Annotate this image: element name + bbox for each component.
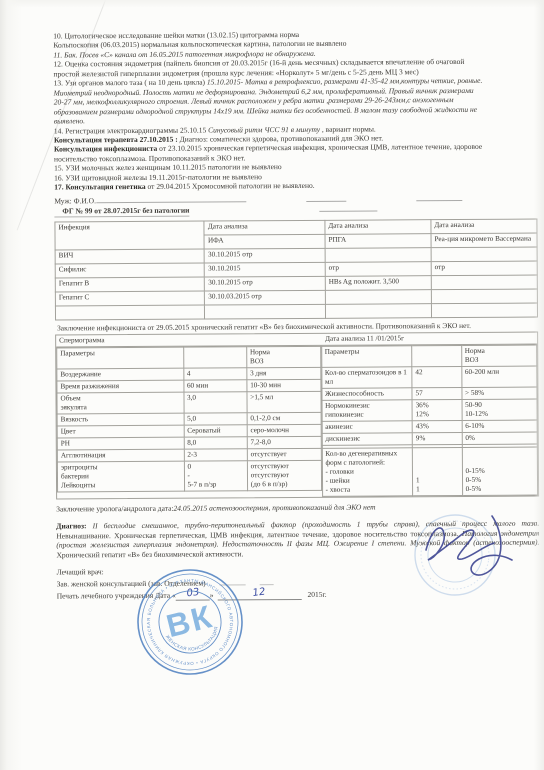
infection-ifa-result: 30.10.03.2015 отр — [205, 290, 326, 305]
finding-text: 14. Регистрация электрокардиограммы 25.1… — [54, 125, 208, 135]
blank-underline — [416, 193, 462, 201]
sperm-value: 8,0 — [184, 437, 247, 449]
sperm-param: Цвет — [57, 425, 184, 438]
infection-name — [55, 305, 204, 320]
param-header: Параметры — [321, 346, 412, 368]
date-col-header: Дата анализа — [204, 220, 325, 235]
infection-ifa-result — [205, 304, 326, 319]
blank-underline — [306, 193, 346, 201]
infection-ifa-result: 30.10.2015 отр — [205, 248, 326, 263]
sperm-param: дискинезис — [322, 433, 413, 446]
sperm-norm: 60-200 млн — [461, 366, 537, 387]
infection-rpga-result — [325, 290, 431, 305]
infection-name: Сифилис — [55, 263, 204, 278]
spermogram-section: Спермограмма Дата анализа 11 /01/2015г П… — [55, 332, 539, 500]
infection-ifa-result: 30.10.2015 отр — [205, 276, 326, 291]
blank-underline — [96, 194, 246, 203]
spermogram-right-table: Параметры Норма ВОЗ Кол-во сперматозоидо… — [321, 345, 538, 497]
sperm-param: Нормокинезис гипокинезис — [322, 400, 413, 422]
method-header: Реа-ция микромето Вассермана — [431, 233, 537, 248]
finding-text-italic: выявлено. — [54, 116, 85, 125]
infection-col-header: Инфекция — [55, 221, 205, 250]
finding-text: от 23.10.2015 хроническая герпетическая … — [157, 142, 482, 153]
sperm-value: 57 — [412, 388, 462, 400]
spermogram-columns: Параметры Норма ВОЗ Воздержание 4 3 дня — [56, 345, 538, 499]
sperm-norm: 10-30 мин — [247, 380, 321, 392]
infection-wasserman-result: отр — [431, 261, 537, 276]
urology-detail: 24.05.2015 астенозооспермия, противопока… — [173, 503, 375, 513]
sperm-value: 0 - 5-7 в п/зр — [184, 461, 247, 491]
infection-wasserman-result — [431, 303, 537, 318]
date-col-header: Дата анализа — [325, 220, 431, 235]
sperm-param: Воздержание — [57, 368, 184, 381]
sperm-value: Сероватый — [184, 425, 247, 437]
spermogram-left-table: Параметры Норма ВОЗ Воздержание 4 3 дня — [56, 346, 321, 493]
sperm-norm: отсутствуют отсутствуют (до 6 в п/зр) — [247, 461, 321, 491]
finding-text-bold: Консультация инфекциониста — [54, 144, 157, 154]
infection-row — [55, 303, 537, 320]
finding-text: от 29.04.2015 Хромосомной патологии не в… — [146, 181, 315, 191]
sperm-norm: 0-15% 0-5% 0-5% — [462, 447, 538, 495]
infection-name: ВИЧ — [55, 249, 204, 264]
sperm-value: 42 — [412, 367, 462, 388]
husband-fg-line: ФГ № 99 от 28.07.2015г без патологии — [54, 203, 537, 218]
sperm-param: Время разжижения — [57, 380, 184, 393]
stamp-center-monogram: ВК — [163, 598, 217, 644]
infectionist-conclusion: Заключение инфекциониста от 29.05.2015 х… — [57, 320, 538, 332]
infection-ifa-result: 30.10.2015 — [205, 262, 326, 277]
sperm-left-body: Воздержание 4 3 дня Время разжижения 60 … — [57, 368, 321, 493]
sperm-norm: 3 дня — [247, 368, 321, 380]
sperm-norm: > 58% — [462, 387, 537, 399]
norm-header: Норма ВОЗ — [461, 345, 537, 366]
infection-name: Гепатит В — [55, 277, 204, 292]
sperm-value: 1 1 — [412, 448, 462, 496]
sperm-param: Кол-во сперматозоидов в 1 мл — [321, 367, 412, 389]
sperm-norm: 50-90 10-12% — [462, 399, 538, 420]
finding-line: 17. Консультация генетика от 29.04.2015 … — [54, 180, 537, 192]
husband-label: Муж: Ф.И.О. — [54, 196, 96, 205]
blank-underline — [319, 204, 377, 212]
sperm-row: Кол-во сперматозоидов в 1 мл 42 60-200 м… — [321, 366, 537, 388]
finding-text-bold: Консультация терапевта 27.10.2015 : — [54, 135, 178, 145]
empty-cell — [183, 347, 246, 368]
year-label: 2015г. — [307, 589, 326, 598]
sperm-right-header: Параметры Норма ВОЗ — [321, 345, 537, 367]
finding-text: , вариант нормы. — [320, 124, 376, 133]
sperm-param: Объем эякулята — [57, 392, 184, 414]
param-header: Параметры — [57, 347, 184, 369]
sperm-param: Вязкость — [57, 413, 184, 426]
finding-text-bold: 17. Консультация генетика — [54, 182, 145, 192]
finding-text-italic: Синусовый ритм ЧСС 91 в минуту — [208, 124, 320, 134]
infection-name: Гепатит С — [55, 291, 204, 306]
urology-lead: Заключение уролога/андролога дата: — [56, 504, 173, 514]
infection-rpga-result — [325, 248, 431, 263]
sperm-param: эритроциты бактерии Лейкоциты — [57, 461, 184, 492]
sperm-value: 2-3 — [184, 449, 247, 461]
infection-rpga-result: отр — [325, 262, 431, 277]
sperm-norm: >1,5 мл — [247, 392, 321, 413]
sperm-value: 3,0 — [183, 392, 246, 413]
sperm-param: РН — [57, 437, 184, 450]
sperm-row: Кол-во дегенеративных форм с патологией:… — [322, 447, 538, 496]
sperm-param: Жизнеспособность — [321, 388, 412, 401]
sperm-norm: 0,1-2,0 см — [247, 413, 321, 425]
infection-table-body: ВИЧ 30.10.2015 отр Сифилис 30.10.2015 от… — [55, 247, 537, 320]
sperm-norm: 0% — [462, 432, 537, 444]
sperm-norm: серо-молочн — [247, 425, 321, 437]
sperm-norm: 7,2-8,0 — [247, 437, 321, 449]
husband-section: Муж: Ф.И.О. ФГ № 99 от 28.07.2015г без п… — [54, 192, 537, 217]
infection-wasserman-result — [431, 247, 537, 262]
sperm-row: Объем эякулята 3,0 >1,5 мл — [57, 392, 321, 415]
sperm-value: 36% 12% — [412, 400, 462, 421]
doctor-signature — [392, 498, 532, 593]
sperm-value: 4 — [183, 368, 246, 380]
method-header: ИФА — [204, 234, 325, 249]
norm-header: Норма ВОЗ — [246, 347, 320, 368]
sperm-row: эритроциты бактерии Лейкоциты 0 - 5-7 в … — [57, 461, 321, 493]
sperm-value: 5,0 — [184, 413, 247, 425]
sperm-norm: 6-10% — [462, 420, 537, 432]
spermogram-title: Спермограмма — [56, 335, 192, 347]
infection-rpga-result — [325, 304, 431, 319]
sperm-value: 43% — [412, 421, 462, 433]
sperm-param: Кол-во дегенеративных форм с патологией:… — [322, 448, 413, 497]
empty-cell — [412, 346, 462, 367]
date-col-header: Дата анализа — [431, 219, 537, 234]
sperm-right-body: Кол-во сперматозоидов в 1 мл 42 60-200 м… — [321, 366, 537, 496]
sperm-value: 60 мин — [183, 380, 246, 392]
clinical-findings-section: 10. Цитологическое исследование шейки ма… — [53, 29, 537, 193]
sperm-param: акинезис — [322, 421, 413, 434]
infection-wasserman-result — [431, 289, 537, 304]
method-header: РПГА — [325, 234, 431, 249]
infection-rpga-result: HBs Ag положит. 3,500 — [325, 276, 431, 291]
infection-wasserman-result — [431, 275, 537, 290]
sperm-norm: отсутствует — [247, 449, 321, 461]
spermogram-date: Дата анализа 11 /01/2015г — [192, 333, 537, 346]
sperm-left-header: Параметры Норма ВОЗ — [57, 347, 321, 370]
infection-table: Инфекция Дата анализа Дата анализа Дата … — [54, 218, 538, 320]
sperm-row: Нормокинезис гипокинезис 36% 12% 50-90 1… — [322, 399, 538, 421]
sperm-value: 9% — [412, 433, 462, 445]
sperm-param: Агглютинация — [57, 449, 184, 462]
finding-text: 13. Узи органов малого таза ( на 10 день… — [54, 78, 207, 88]
fluorography-result: ФГ № 99 от 28.07.2015г без патологии — [54, 206, 189, 217]
diagnosis-label: Диагноз: — [56, 521, 86, 530]
scanned-medical-document: { "findings": { "lines": [ {"pre": "10. … — [0, 0, 544, 770]
